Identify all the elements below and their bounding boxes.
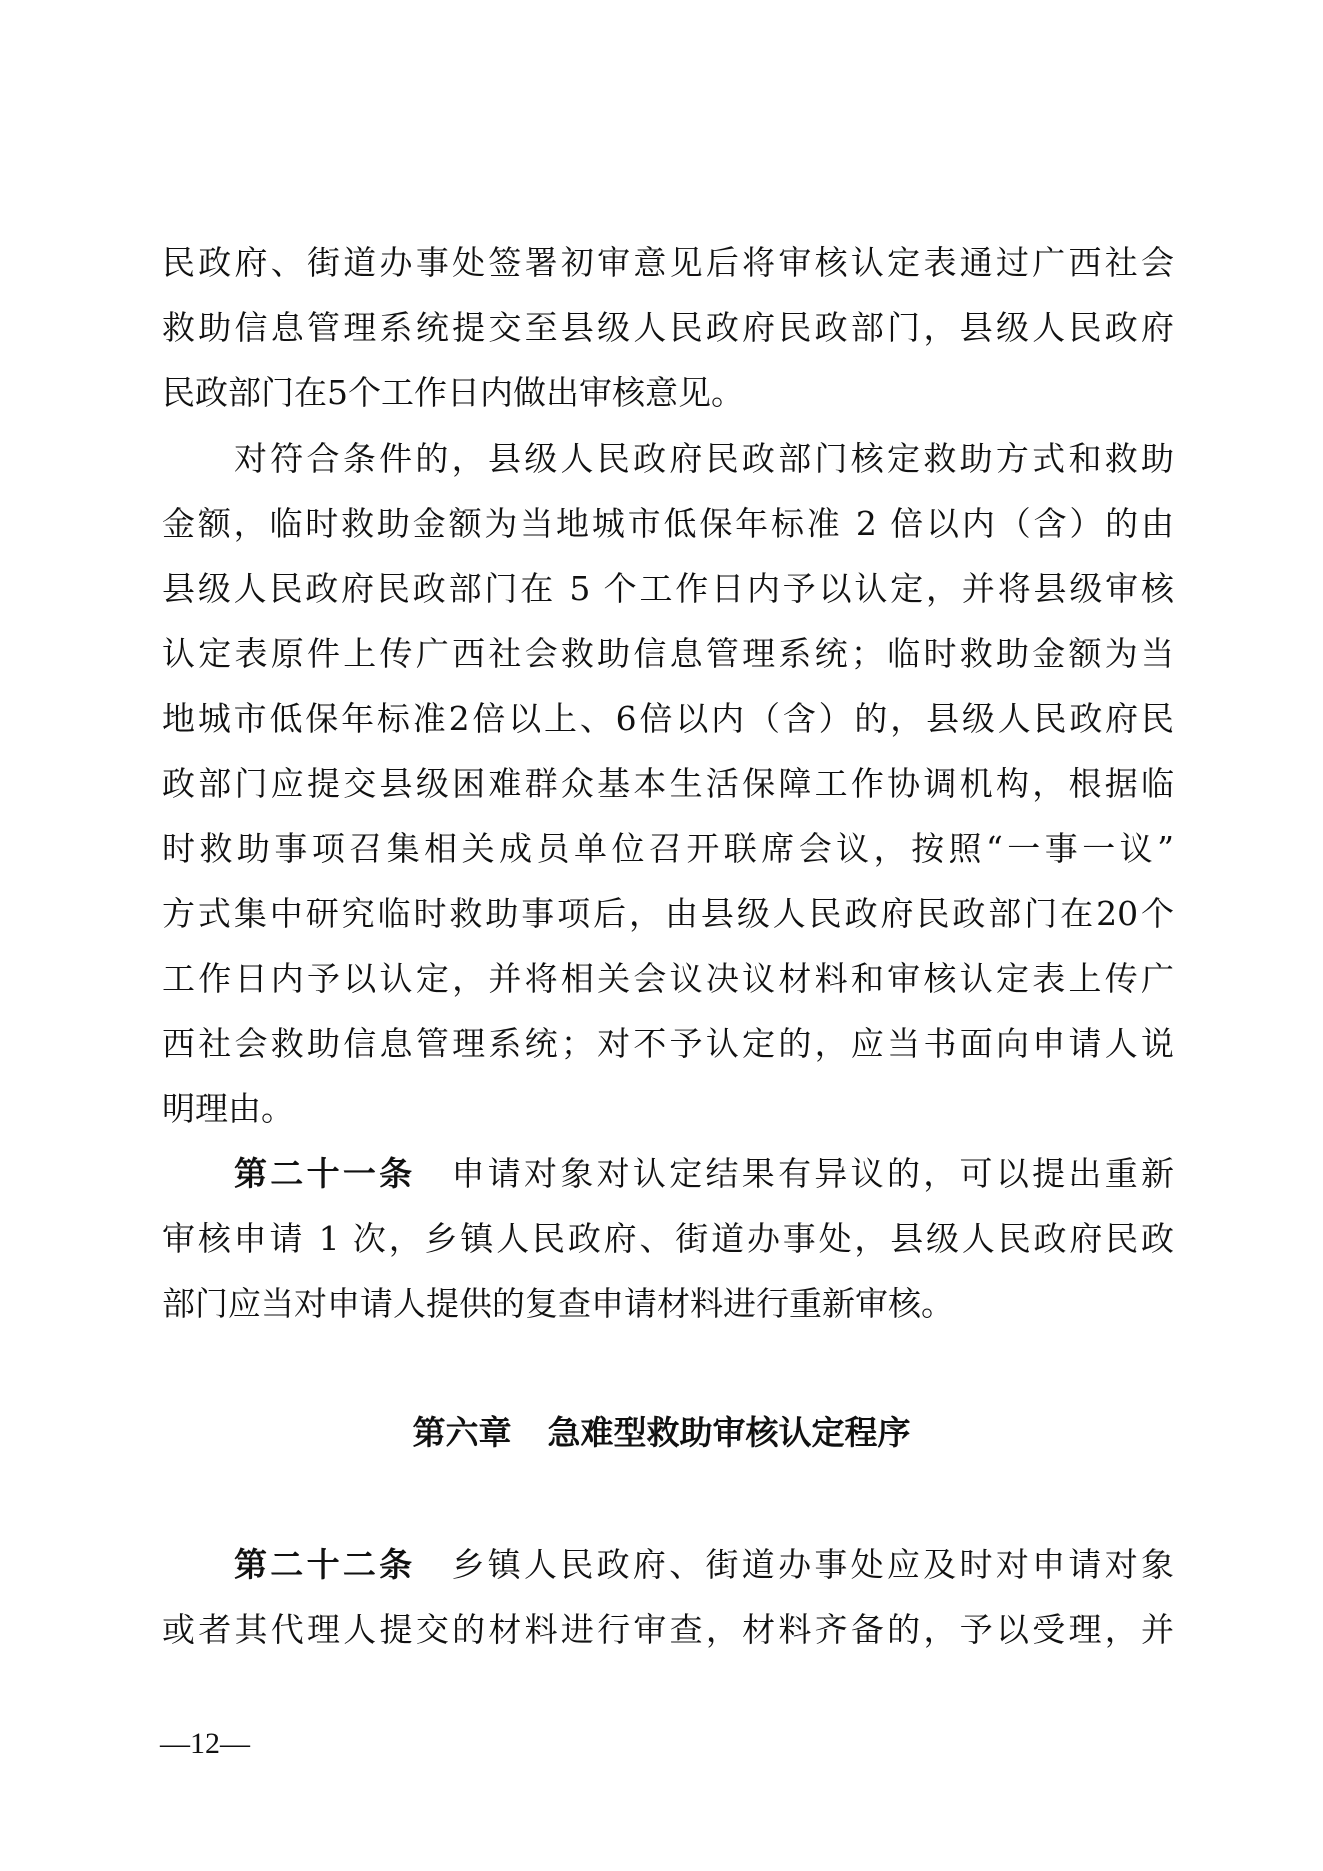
text-line: 政部门应提交县级困难群众基本生活保障工作协调机构，根据临 <box>162 751 1174 816</box>
text-line: 方式集中研究临时救助事项后，由县级人民政府民政部门在20个 <box>162 881 1174 946</box>
article-title: 第二十二条 <box>234 1545 415 1584</box>
text-line: 县级人民政府民政部门在 5 个工作日内予以认定，并将县级审核 <box>162 556 1174 621</box>
article-22-first-line: 第二十二条乡镇人民政府、街道办事处应及时对申请对象 <box>162 1532 1174 1597</box>
text-line: 金额，临时救助金额为当地城市低保年标准 2 倍以内（含）的由 <box>162 491 1174 556</box>
text-line: 或者其代理人提交的材料进行审查，材料齐备的，予以受理，并 <box>162 1597 1174 1662</box>
text-line: 对符合条件的，县级人民政府民政部门核定救助方式和救助 <box>162 426 1174 491</box>
text-line: 部门应当对申请人提供的复查申请材料进行重新审核。 <box>162 1271 1174 1336</box>
text-line: 地城市低保年标准2倍以上、6倍以内（含）的，县级人民政府民 <box>162 686 1174 751</box>
text-line: 民政部门在5个工作日内做出审核意见。 <box>162 360 1174 425</box>
text-line: 认定表原件上传广西社会救助信息管理系统；临时救助金额为当 <box>162 621 1174 686</box>
page-number: —12— <box>160 1722 250 1766</box>
text-line: 救助信息管理系统提交至县级人民政府民政部门，县级人民政府 <box>162 295 1174 360</box>
text-line: 明理由。 <box>162 1076 1174 1141</box>
article-text: 申请对象对认定结果有异议的，可以提出重新 <box>451 1154 1174 1193</box>
article-21-first-line: 第二十一条申请对象对认定结果有异议的，可以提出重新 <box>162 1141 1174 1206</box>
text-line: 工作日内予以认定，并将相关会议决议材料和审核认定表上传广 <box>162 946 1174 1011</box>
text-line: 审核申请 1 次，乡镇人民政府、街道办事处，县级人民政府民政 <box>162 1206 1174 1271</box>
text-line: 民政府、街道办事处签署初审意见后将审核认定表通过广西社会 <box>162 230 1174 295</box>
article-text: 乡镇人民政府、街道办事处应及时对申请对象 <box>451 1545 1174 1584</box>
text-line: 西社会救助信息管理系统；对不予认定的，应当书面向申请人说 <box>162 1011 1174 1076</box>
text-line: 时救助事项召集相关成员单位召开联席会议，按照“一事一议” <box>162 816 1174 881</box>
chapter-number: 第六章 <box>413 1413 512 1452</box>
chapter-title: 急难型救助审核认定程序 <box>548 1413 911 1452</box>
chapter-heading: 第六章急难型救助审核认定程序 <box>0 1400 1323 1465</box>
article-title: 第二十一条 <box>234 1154 415 1193</box>
